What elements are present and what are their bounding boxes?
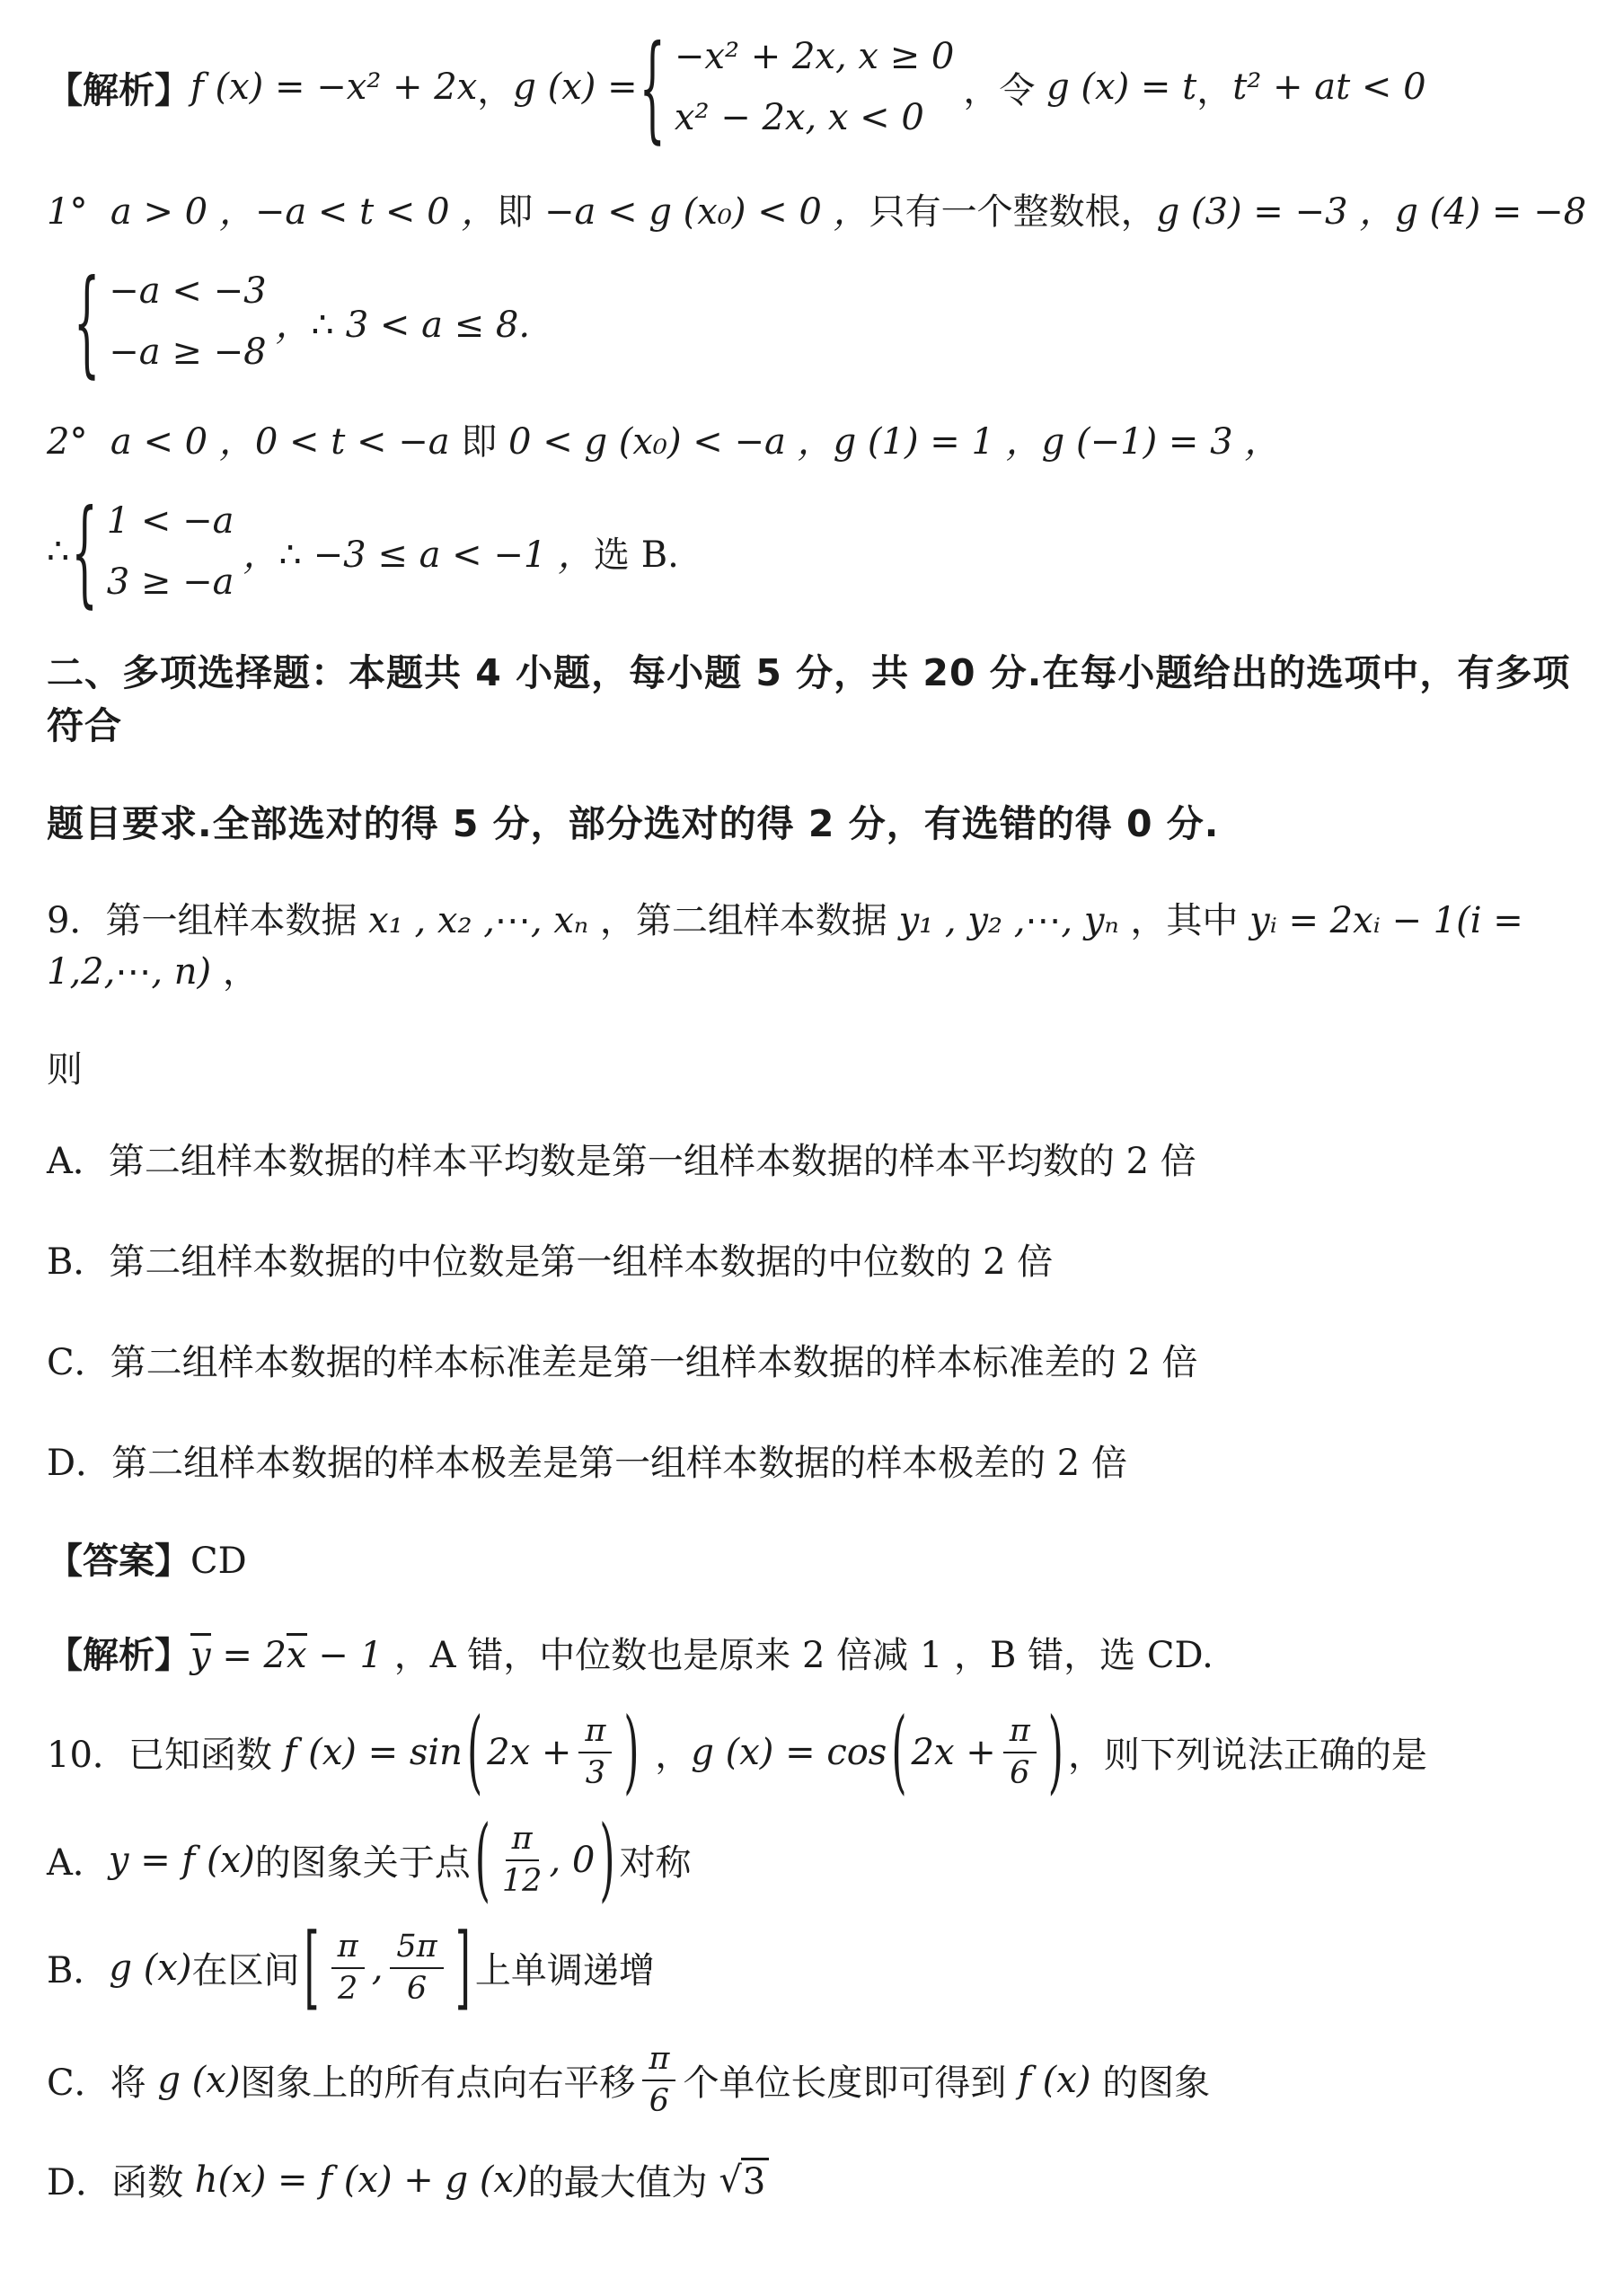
right-bracket: ] <box>455 1915 471 2020</box>
q10-a-cn-2: 对称 <box>620 1834 692 1885</box>
q10-f-inner: 2x + <box>487 1732 571 1773</box>
left-paren: ( <box>891 1700 906 1805</box>
q10-c-cn-2: 图象上的所有点向右平移 <box>240 2054 635 2106</box>
system1-rows: −a < −3−a ≥ −8 <box>109 270 266 373</box>
q10-c-math-1: g (x) <box>157 2060 240 2101</box>
fraction-numerator: π <box>506 1822 539 1861</box>
q10-d-cn-2: 的最大值为 <box>528 2154 719 2205</box>
sqrt-radicand: 3 <box>741 2158 769 2203</box>
fraction-denominator: 2 <box>338 1969 357 2007</box>
x-bar: x <box>287 1633 307 1674</box>
q8-system2: ∴{1 < −a3 ≥ −a，∴ −3 ≤ a < −1 ，选 B. <box>47 500 1592 603</box>
analysis-label: 【解析】 <box>47 62 190 113</box>
document-page: 【解析】f (x) = −x² + 2x，g (x) ={−x² + 2x, x… <box>0 0 1624 2223</box>
q10-option-d-label: D． <box>47 2154 111 2205</box>
q10-option-c-label: C． <box>47 2054 110 2106</box>
system1-row-1: −a < −3 <box>109 270 266 312</box>
q10-a-cn-1: 的图象关于点 <box>255 1834 471 1885</box>
case1-math-3: g (3) = −3 ，g (4) = −8 <box>1157 191 1587 233</box>
left-brace: { <box>71 483 97 619</box>
minus-one: − 1 <box>307 1635 394 1676</box>
q8-let-text: ，令 <box>963 62 1046 113</box>
fraction-pi-2: π2 <box>331 1930 365 2006</box>
q9-cn-4: ， <box>211 951 259 993</box>
case2-math-1: 2° a < 0 ，0 < t < −a <box>47 421 461 463</box>
fraction-denominator: 12 <box>502 1861 543 1899</box>
y-bar: y <box>190 1633 211 1674</box>
fraction-denominator: 6 <box>649 2081 669 2119</box>
q10-c-cn-3: 个单位长度即可得到 <box>683 2054 1018 2106</box>
right-paren: ) <box>1048 1700 1064 1805</box>
q9-option-a-text: 第二组样本数据的样本平均数是第一组样本数据的样本平均数的 2 倍 <box>109 1141 1196 1182</box>
q9-option-c: C．第二组样本数据的样本标准差是第一组样本数据的样本标准差的 2 倍 <box>47 1334 1592 1385</box>
left-paren: ( <box>475 1807 490 1912</box>
q10-b-comma: , <box>372 1947 384 1989</box>
equals-two: = 2 <box>211 1635 287 1676</box>
q9-option-b-text: 第二组样本数据的中位数是第一组样本数据的中位数的 2 倍 <box>109 1241 1053 1283</box>
q9-cn-1: 9．第一组样本数据 <box>47 900 368 941</box>
section2-header-line2: 题目要求.全部选对的得 5 分，部分选对的得 2 分，有选错的得 0 分. <box>47 794 1592 847</box>
q10-cn-1: 10．已知函数 <box>47 1726 284 1778</box>
comma: ， <box>644 1726 692 1778</box>
fraction-pi-6: π6 <box>1003 1714 1037 1790</box>
fraction-denominator: 3 <box>586 1753 605 1791</box>
q10-option-a-label: A． <box>47 1834 109 1885</box>
fraction-numerator: π <box>642 2042 675 2081</box>
q8-choose-answer: 选 B. <box>594 526 679 578</box>
fraction-pi-3: π3 <box>578 1714 612 1790</box>
q10-a-math-1: y = f (x) <box>109 1840 255 1881</box>
q10-b-cn-1: 在区间 <box>192 1942 300 1993</box>
fraction-denominator: 6 <box>407 1969 427 2007</box>
system2-rows: 1 < −a3 ≥ −a <box>107 500 234 603</box>
q9-option-b-label: B． <box>47 1241 109 1283</box>
right-paren: ) <box>623 1700 639 1805</box>
left-bracket: [ <box>304 1915 320 2020</box>
answer-label: 【答案】 <box>47 1541 190 1582</box>
q9-then-word: 则 <box>47 1041 1592 1092</box>
q8-analysis-line: 【解析】f (x) = −x² + 2x，g (x) ={−x² + 2x, x… <box>47 36 1592 138</box>
left-brace: { <box>74 253 100 389</box>
analysis-label: 【解析】 <box>47 1635 190 1676</box>
q9-option-c-label: C． <box>47 1342 110 1383</box>
q8-fx-formula: f (x) = −x² + 2x <box>190 66 477 108</box>
q10-a-math-2: , 0 <box>549 1840 595 1881</box>
case2-math-2: 0 < g (x₀) < −a ，g (1) = 1 ，g (−1) = 3 ， <box>497 421 1280 463</box>
system2-row-1: 1 < −a <box>107 500 234 542</box>
q8-gx-lhs: g (x) = <box>513 66 637 108</box>
q10-option-d: D．函数 h(x) = f (x) + g (x)的最大值为 √3 <box>47 2154 1592 2223</box>
q9-analysis-text: ，A 错，中位数也是原来 2 倍减 1 ，B 错，选 CD. <box>394 1635 1214 1676</box>
q10-g-lhs: g (x) = cos <box>691 1732 887 1773</box>
q10-c-math-2: f (x) <box>1018 2060 1090 2101</box>
q10-option-a: A．y = f (x)的图象关于点(π12, 0)对称 <box>47 1822 1592 1898</box>
q10-g-inner: 2x + <box>912 1732 996 1773</box>
comma: ， <box>477 62 513 113</box>
system2-row-2: 3 ≥ −a <box>107 561 234 603</box>
fraction-pi-12: π12 <box>502 1822 543 1898</box>
q10-option-c: C．将 g (x)图象上的所有点向右平移π6个单位长度即可得到 f (x) 的图… <box>47 2042 1592 2118</box>
q9-answer-line: 【答案】CD <box>47 1532 1592 1584</box>
q9-sample1-math: x₁ , x₂ ,⋯, xₙ <box>368 900 588 941</box>
q8-system1: {−a < −3−a ≥ −8，∴ 3 < a ≤ 8. <box>47 270 1592 373</box>
q10-b-math-1: g (x) <box>109 1947 191 1989</box>
q10-cn-2: ，则下列说法正确的是 <box>1068 1726 1427 1778</box>
sqrt-radical-sign: √ <box>719 2159 742 2201</box>
right-paren: ) <box>599 1807 614 1912</box>
q10-d-cn-1: 函数 <box>111 2154 195 2205</box>
case2-cn-1: 即 <box>461 421 497 463</box>
q10-f-lhs: f (x) = sin <box>284 1732 463 1773</box>
system2-conclusion: ，∴ −3 ≤ a < −1 ， <box>243 526 595 578</box>
q8-let-formula: g (x) = t <box>1046 66 1196 108</box>
q10-c-cn-4: 的图象 <box>1090 2054 1210 2106</box>
fraction-numerator: 5π <box>390 1930 443 1969</box>
q10-b-cn-2: 上单调递增 <box>475 1942 655 1993</box>
q10-option-b-label: B． <box>47 1942 109 1993</box>
left-brace: { <box>640 19 666 155</box>
case1-cn-1: 即 <box>497 191 533 233</box>
fraction-numerator: π <box>578 1714 612 1753</box>
q9-option-b: B．第二组样本数据的中位数是第一组样本数据的中位数的 2 倍 <box>47 1233 1592 1285</box>
q9-option-d-label: D． <box>47 1443 111 1484</box>
fraction-numerator: π <box>331 1930 365 1969</box>
q9-sample2-math: y₁ , y₂ ,⋯, yₙ <box>899 900 1119 941</box>
piecewise-row-2: x² − 2x, x < 0 <box>675 97 954 138</box>
q8-t-inequality: t² + at < 0 <box>1232 66 1425 108</box>
q8-case1-line: 1° a > 0 ，−a < t < 0 ，即 −a < g (x₀) < 0 … <box>47 183 1592 234</box>
q9-answer-value: CD <box>190 1541 247 1582</box>
q9-option-d-text: 第二组样本数据的样本极差是第一组样本数据的样本极差的 2 倍 <box>111 1443 1127 1484</box>
q10-c-cn-1: 将 <box>110 2054 158 2106</box>
q9-stem-line: 9．第一组样本数据 x₁ , x₂ ,⋯, xₙ ，第二组样本数据 y₁ , y… <box>47 892 1592 994</box>
q9-cn-3: ，其中 <box>1119 900 1249 941</box>
section2-header-line1: 二、多项选择题：本题共 4 小题，每小题 5 分，共 20 分.在每小题给出的选… <box>47 643 1592 749</box>
case1-cn-2: 只有一个整数根， <box>869 191 1157 233</box>
piecewise-row-1: −x² + 2x, x ≥ 0 <box>675 36 954 77</box>
q9-mean-formula: y = 2x − 1 <box>190 1635 394 1676</box>
q10-stem-line: 10．已知函数 f (x) = sin(2x +π3) ，g (x) = cos… <box>47 1714 1592 1790</box>
fraction-pi-6: π6 <box>642 2042 675 2118</box>
system1-conclusion: ，∴ 3 < a ≤ 8. <box>276 296 531 348</box>
q9-analysis-line: 【解析】y = 2x − 1 ，A 错，中位数也是原来 2 倍减 1 ，B 错，… <box>47 1627 1592 1678</box>
q9-cn-2: ，第二组样本数据 <box>588 900 898 941</box>
q9-option-a-label: A． <box>47 1141 109 1182</box>
q8-case2-line: 2° a < 0 ，0 < t < −a 即 0 < g (x₀) < −a ，… <box>47 413 1592 464</box>
q9-option-d: D．第二组样本数据的样本极差是第一组样本数据的样本极差的 2 倍 <box>47 1435 1592 1486</box>
therefore-symbol: ∴ <box>47 531 69 572</box>
case1-math-2: −a < g (x₀) < 0 ， <box>533 191 869 233</box>
fraction-numerator: π <box>1003 1714 1037 1753</box>
q10-option-b: B．g (x)在区间[π2,5π6]上单调递增 <box>47 1930 1592 2006</box>
system1-row-2: −a ≥ −8 <box>109 331 266 373</box>
q10-d-math-1: h(x) = f (x) + g (x) <box>195 2159 528 2201</box>
comma: ， <box>1196 62 1232 113</box>
q9-option-a: A．第二组样本数据的样本平均数是第一组样本数据的样本平均数的 2 倍 <box>47 1133 1592 1184</box>
q8-piecewise: −x² + 2x, x ≥ 0x² − 2x, x < 0 <box>675 36 954 138</box>
fraction-denominator: 6 <box>1010 1753 1029 1791</box>
left-paren: ( <box>467 1700 482 1805</box>
fraction-5pi-6: 5π6 <box>390 1930 443 2006</box>
q9-option-c-text: 第二组样本数据的样本标准差是第一组样本数据的样本标准差的 2 倍 <box>110 1342 1198 1383</box>
case1-math-1: 1° a > 0 ，−a < t < 0 ， <box>47 191 497 233</box>
